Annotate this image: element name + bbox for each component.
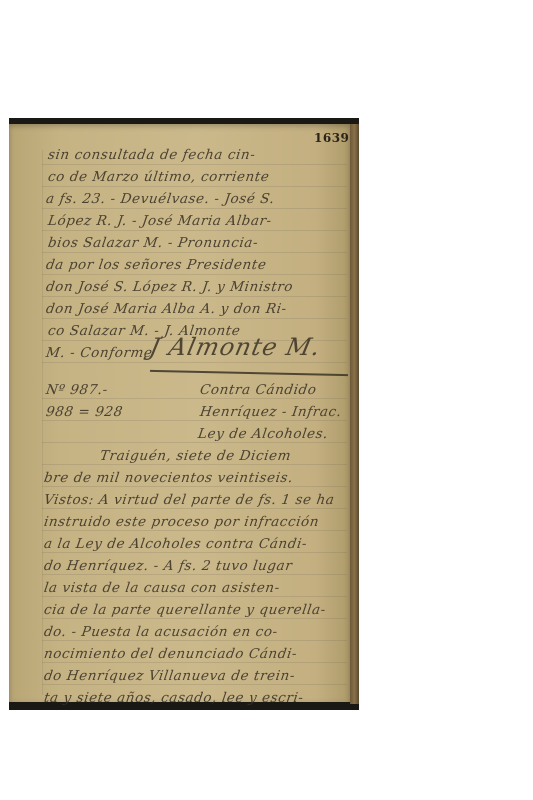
ruled-line bbox=[42, 552, 347, 553]
ruled-line bbox=[42, 362, 347, 363]
ruled-line bbox=[42, 318, 347, 319]
book-binding bbox=[350, 124, 359, 704]
handwritten-line: bios Salazar M. - Pronuncia- bbox=[47, 235, 259, 251]
ruled-line bbox=[42, 464, 347, 465]
ruled-line bbox=[42, 420, 347, 421]
handwritten-line: López R. J. - José Maria Albar- bbox=[47, 213, 273, 229]
body-line: do Henríquez Villanueva de trein- bbox=[43, 668, 296, 684]
ruled-line bbox=[42, 274, 347, 275]
body-line: nocimiento del denunciado Cándi- bbox=[43, 646, 298, 662]
ruled-line bbox=[42, 596, 347, 597]
ruled-line bbox=[42, 618, 347, 619]
ruled-line bbox=[42, 398, 347, 399]
page-number: 1639 bbox=[314, 131, 349, 145]
ruled-line bbox=[42, 296, 347, 297]
body-line: do. - Puesta la acusación en co- bbox=[43, 624, 279, 640]
body-line: la vista de la causa con asisten- bbox=[43, 580, 281, 596]
entry-title-line: Contra Cándido bbox=[199, 382, 318, 398]
body-line: instruido este proceso por infracción bbox=[43, 514, 320, 530]
body-line: Vistos: A virtud del parte de fs. 1 se h… bbox=[43, 492, 336, 508]
handwritten-line: M. - Conforme bbox=[45, 345, 154, 361]
ruled-line bbox=[42, 530, 347, 531]
entry-number-range: 988 = 928 bbox=[45, 404, 124, 420]
body-line: Traiguén, siete de Diciem bbox=[99, 448, 292, 464]
entry-title-line: Henríquez - Infrac. bbox=[199, 404, 343, 420]
ruled-line bbox=[42, 442, 347, 443]
ruled-line bbox=[42, 486, 347, 487]
ruled-line bbox=[42, 574, 347, 575]
ruled-line bbox=[42, 252, 347, 253]
body-line: ta y siete años, casado, lee y escri- bbox=[43, 690, 305, 706]
body-line: bre de mil novecientos veintiseis. bbox=[43, 470, 294, 486]
ruled-line bbox=[42, 508, 347, 509]
ruled-line bbox=[42, 186, 347, 187]
ruled-line bbox=[42, 208, 347, 209]
ruled-line bbox=[42, 640, 347, 641]
ruled-line bbox=[42, 230, 347, 231]
body-line: do Henríquez. - A fs. 2 tuvo lugar bbox=[43, 558, 294, 574]
handwritten-line: da por los señores Presidente bbox=[45, 257, 268, 273]
handwritten-line: don José Maria Alba A. y don Ri- bbox=[45, 301, 288, 317]
handwritten-line: sin consultada de fecha cin- bbox=[47, 147, 257, 163]
ruled-line bbox=[42, 684, 347, 685]
body-line: a la Ley de Alcoholes contra Cándi- bbox=[43, 536, 308, 552]
handwritten-line: a fs. 23. - Devuélvase. - José S. bbox=[45, 191, 276, 207]
ruled-line bbox=[42, 164, 347, 165]
ruled-line bbox=[42, 662, 347, 663]
handwritten-line: don José S. López R. J. y Ministro bbox=[45, 279, 294, 295]
handwritten-line: co de Marzo último, corriente bbox=[47, 169, 271, 185]
entry-number: Nº 987.- bbox=[45, 382, 109, 398]
signature: J Almonte M. bbox=[147, 333, 324, 361]
body-line: cia de la parte querellante y querella- bbox=[43, 602, 327, 618]
entry-title-line: Ley de Alcoholes. bbox=[197, 426, 329, 442]
